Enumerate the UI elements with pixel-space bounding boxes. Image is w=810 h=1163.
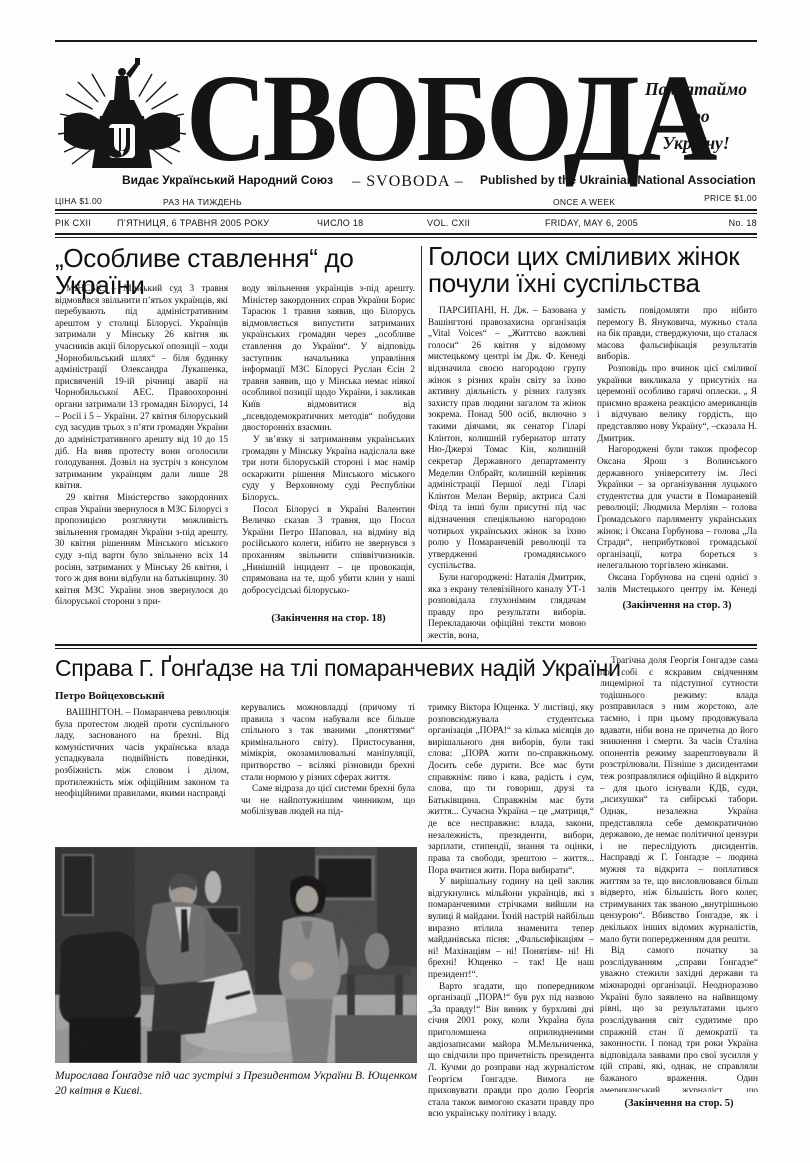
article2-column-2: замість повідомляти про нібито перемогу … bbox=[597, 306, 757, 594]
article3-byline: Петро Войцеховський bbox=[55, 690, 255, 702]
paragraph: МІНСЬК. – Мінський суд 3 травня відмовив… bbox=[55, 284, 228, 493]
nameplate-title: СВОБОДА bbox=[186, 56, 626, 181]
liberty-trident-emblem-graphic bbox=[56, 56, 188, 180]
paragraph: Посол Білорусі в Україні Валентин Величк… bbox=[242, 505, 415, 598]
motto-line: Пам’ятаймо bbox=[626, 76, 766, 103]
datebar-bottom-rule bbox=[55, 233, 757, 238]
photo-caption: Мирослава Ґонґадзе під час зустрічі з Пр… bbox=[55, 1069, 417, 1099]
newspaper-front-page: СВОБОДА Пам’ятаймо про Україну! Видає Ук… bbox=[0, 0, 810, 1163]
article2-jump-line: (Закінчення на стор. 3) bbox=[597, 600, 757, 611]
paragraph: тримку Віктора Ющенка. У листівці, яку р… bbox=[428, 703, 594, 877]
photo-graphic bbox=[55, 847, 417, 1063]
paragraph: воду звільнення українців з-під арешту. … bbox=[242, 284, 415, 435]
volume-ukrainian: РІК CXII bbox=[55, 218, 91, 228]
paragraph: Оксана Горбунова на сцені однієї з залів… bbox=[597, 573, 757, 594]
issue-english: No. 18 bbox=[729, 218, 757, 228]
article3-headline: Справа Г. Ґонґадзе на тлі помаранчевих н… bbox=[55, 656, 595, 680]
masthead-top-rule bbox=[55, 40, 757, 42]
article3-photo bbox=[55, 847, 417, 1063]
price-left-label: ЦІНА $1.00 bbox=[55, 196, 102, 206]
article3-column-d: Трагічна доля Георгія Ґонгадзе сама по с… bbox=[600, 656, 758, 1092]
frequency-ukrainian: РАЗ НА ТИЖДЕНЬ bbox=[163, 197, 242, 207]
paragraph: У вирішальну годину на цей заклик відгук… bbox=[428, 877, 594, 981]
article3-jump-line: (Закінчення на стор. 5) bbox=[600, 1098, 758, 1109]
paragraph: Розповідь про вчинок цієї сміливої украї… bbox=[597, 364, 757, 445]
paragraph: ВАШІНҐТОН. – Помаранчева революція була … bbox=[55, 708, 229, 801]
paragraph: 29 квітня Міністерство закордонних справ… bbox=[55, 493, 228, 609]
paragraph: У зв’язку зі затриманням українських гро… bbox=[242, 435, 415, 505]
publisher-ukrainian: Видає Український Народний Союз bbox=[122, 173, 333, 187]
article3-column-c: тримку Віктора Ющенка. У листівці, яку р… bbox=[428, 703, 594, 1155]
article3-column-a: ВАШІНҐТОН. – Помаранчева революція була … bbox=[55, 708, 229, 844]
paragraph: замість повідомляти про нібито перемогу … bbox=[597, 306, 757, 364]
paragraph: Були нагороджені: Наталія Дмитрик, яка з… bbox=[428, 573, 586, 642]
datebar: РІК CXII П’ЯТНИЦЯ, 6 ТРАВНЯ 2005 РОКУ ЧИ… bbox=[55, 218, 757, 230]
date-english: FRIDAY, MAY 6, 2005 bbox=[545, 218, 638, 228]
article2-column-1: ПАРСИПАНІ, Н. Дж. – Базована у Вашінгтон… bbox=[428, 306, 586, 642]
paragraph: Трагічна доля Георгія Ґонгадзе сама по с… bbox=[600, 656, 758, 946]
una-emblem bbox=[56, 56, 188, 180]
volume-english: VOL. CXII bbox=[427, 218, 470, 228]
paragraph: Від самого початку за розслідуванням „сп… bbox=[600, 946, 758, 1092]
paragraph: Варто згадати, що попередником організац… bbox=[428, 982, 594, 1121]
motto-line: про bbox=[626, 103, 766, 130]
column-divider bbox=[421, 246, 422, 642]
article1-column-1: МІНСЬК. – Мінський суд 3 травня відмовив… bbox=[55, 284, 228, 642]
price-right-label: PRICE $1.00 bbox=[657, 193, 757, 203]
title-latin: – SVOBODA – bbox=[338, 173, 478, 191]
motto-line: Україну! bbox=[626, 130, 766, 157]
date-ukrainian: П’ЯТНИЦЯ, 6 ТРАВНЯ 2005 РОКУ bbox=[117, 218, 269, 228]
paragraph: Нагороджені були також професор Оксана Я… bbox=[597, 445, 757, 573]
paragraph: ПАРСИПАНІ, Н. Дж. – Базована у Вашінгтон… bbox=[428, 306, 586, 573]
article1-column-2: воду звільнення українців з-під арешту. … bbox=[242, 284, 415, 606]
datebar-top-rule bbox=[55, 209, 757, 214]
paragraph: керувались можновладці (причому ті прави… bbox=[241, 703, 415, 784]
issue-ukrainian: ЧИСЛО 18 bbox=[317, 218, 364, 228]
frequency-english: ONCE A WEEK bbox=[553, 197, 615, 207]
article1-jump-line: (Закінчення на стор. 18) bbox=[242, 613, 415, 624]
article2-headline: Голоси цих сміливих жінок почули їхні су… bbox=[428, 243, 763, 298]
article3-column-b: керувались можновладці (причому ті прави… bbox=[241, 703, 415, 844]
publisher-english: Published by the Ukrainian National Asso… bbox=[480, 173, 756, 187]
paragraph: Саме відраза до цієї системи брехні була… bbox=[241, 784, 415, 819]
section-rule bbox=[55, 644, 757, 649]
masthead-motto: Пам’ятаймо про Україну! bbox=[626, 76, 766, 157]
